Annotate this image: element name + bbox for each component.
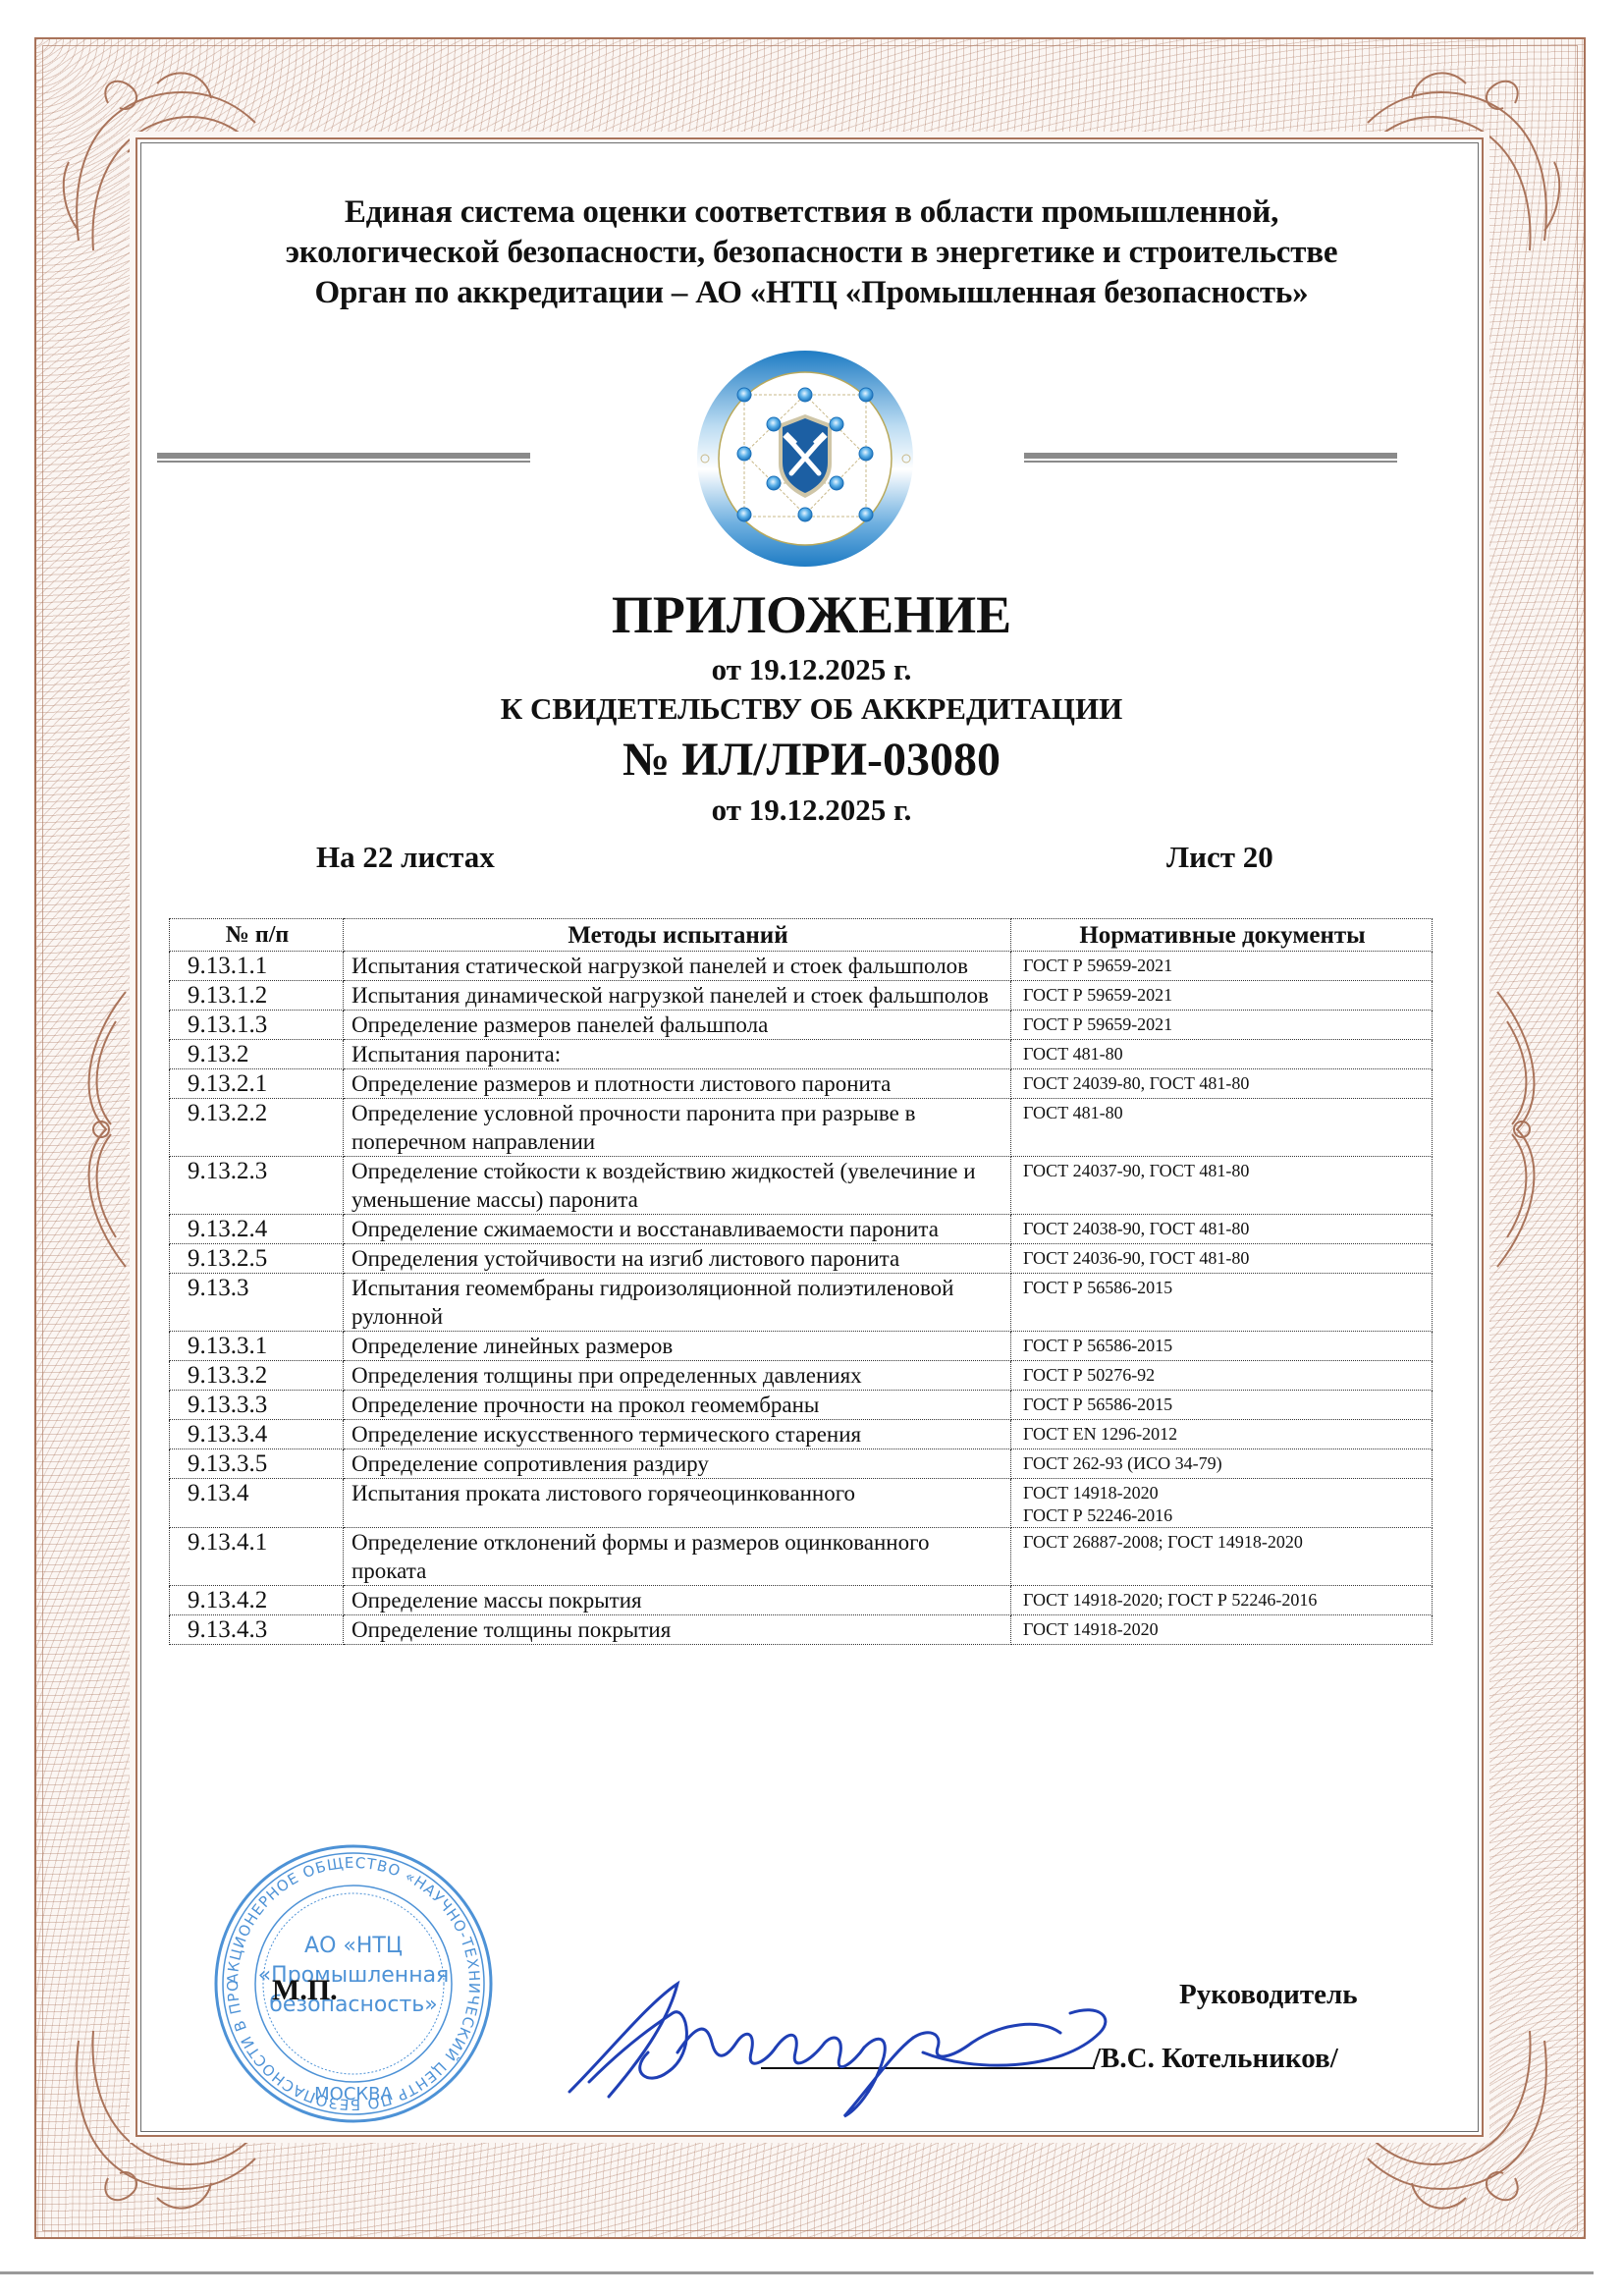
test-method: Определение стойкости к воздействию жидк…: [344, 1157, 1011, 1215]
normative-document: ГОСТ Р 59659-2021: [1023, 1013, 1426, 1036]
normative-documents: ГОСТ Р 50276-92: [1011, 1361, 1433, 1391]
test-methods-table: № п/п Методы испытаний Нормативные докум…: [169, 918, 1433, 1645]
test-method: Определение размеров панелей фальшпола: [344, 1011, 1011, 1040]
row-number: 9.13.2.4: [170, 1215, 344, 1244]
column-header-documents: Нормативные документы: [1011, 919, 1433, 952]
normative-document: ГОСТ Р 59659-2021: [1023, 984, 1426, 1007]
normative-document: ГОСТ 26887-2008; ГОСТ 14918-2020: [1023, 1531, 1426, 1554]
document-title: ПРИЛОЖЕНИЕ: [0, 583, 1623, 646]
row-number: 9.13.2.3: [170, 1157, 344, 1215]
table-row: 9.13.3.4Определение искусственного терми…: [170, 1420, 1433, 1449]
test-method: Определение линейных размеров: [344, 1332, 1011, 1361]
table-row: 9.13.3Испытания геомембраны гидроизоляци…: [170, 1274, 1433, 1332]
row-number: 9.13.2.1: [170, 1069, 344, 1099]
normative-document: ГОСТ 481-80: [1023, 1102, 1426, 1124]
row-number: 9.13.2: [170, 1040, 344, 1069]
row-number: 9.13.3.3: [170, 1391, 344, 1420]
test-method: Определения толщины при определенных дав…: [344, 1361, 1011, 1391]
signer-role: Руководитель: [1179, 1979, 1358, 2011]
row-number: 9.13.4: [170, 1479, 344, 1528]
row-number: 9.13.1.3: [170, 1011, 344, 1040]
row-number: 9.13.4.1: [170, 1528, 344, 1586]
header-line: Единая система оценки соответствия в обл…: [0, 192, 1623, 233]
emblem-logo-icon: [677, 346, 933, 576]
column-header-method: Методы испытаний: [344, 919, 1011, 952]
normative-document: ГОСТ 14918-2020: [1023, 1482, 1426, 1504]
normative-documents: ГОСТ Р 59659-2021: [1011, 1011, 1433, 1040]
table-row: 9.13.2.5Определения устойчивости на изги…: [170, 1244, 1433, 1274]
table-row: 9.13.2.3Определение стойкости к воздейст…: [170, 1157, 1433, 1215]
test-method: Испытания статической нагрузкой панелей …: [344, 952, 1011, 981]
test-method: Определения устойчивости на изгиб листов…: [344, 1244, 1011, 1274]
table-row: 9.13.1.2Испытания динамической нагрузкой…: [170, 981, 1433, 1011]
normative-documents: ГОСТ 26887-2008; ГОСТ 14918-2020: [1011, 1528, 1433, 1586]
handwritten-signature-icon: [550, 1964, 1139, 2121]
appendix-date: от 19.12.2025 г.: [0, 651, 1623, 688]
normative-documents: ГОСТ 24037-90, ГОСТ 481-80: [1011, 1157, 1433, 1215]
organization-seal-stamp: АКЦИОНЕРНОЕ ОБЩЕСТВО «НАУЧНО-ТЕХНИЧЕСКИЙ…: [206, 1836, 501, 2131]
normative-documents: ГОСТ 24038-90, ГОСТ 481-80: [1011, 1215, 1433, 1244]
test-method: Определение массы покрытия: [344, 1586, 1011, 1615]
table-row: 9.13.3.3Определение прочности на прокол …: [170, 1391, 1433, 1420]
table-row: 9.13.1.3Определение размеров панелей фал…: [170, 1011, 1433, 1040]
normative-documents: ГОСТ Р 56586-2015: [1011, 1391, 1433, 1420]
test-method: Испытания проката листового горячеоцинко…: [344, 1479, 1011, 1528]
test-method: Испытания геомембраны гидроизоляционной …: [344, 1274, 1011, 1332]
page-bottom-rule: [0, 2271, 1594, 2274]
row-number: 9.13.3.5: [170, 1449, 344, 1479]
test-method: Испытания паронита:: [344, 1040, 1011, 1069]
row-number: 9.13.4.2: [170, 1586, 344, 1615]
stamp-city: МОСКВА: [314, 2084, 393, 2105]
table-row: 9.13.4.1Определение отклонений формы и р…: [170, 1528, 1433, 1586]
normative-documents: ГОСТ 481-80: [1011, 1099, 1433, 1157]
row-number: 9.13.2.5: [170, 1244, 344, 1274]
table-row: 9.13.2.2Определение условной прочности п…: [170, 1099, 1433, 1157]
normative-documents: ГОСТ Р 59659-2021: [1011, 952, 1433, 981]
certificate-date: от 19.12.2025 г.: [0, 792, 1623, 829]
table-row: 9.13.3.2Определения толщины при определе…: [170, 1361, 1433, 1391]
test-method: Определение сжимаемости и восстанавливае…: [344, 1215, 1011, 1244]
divider-line: [1024, 453, 1397, 463]
normative-document: ГОСТ 24038-90, ГОСТ 481-80: [1023, 1218, 1426, 1240]
certificate-number: № ИЛ/ЛРИ-03080: [0, 733, 1623, 788]
test-method: Определение искусственного термического …: [344, 1420, 1011, 1449]
normative-document: ГОСТ 481-80: [1023, 1043, 1426, 1066]
table-row: 9.13.4.2Определение массы покрытияГОСТ 1…: [170, 1586, 1433, 1615]
normative-documents: ГОСТ EN 1296-2012: [1011, 1420, 1433, 1449]
row-number: 9.13.3: [170, 1274, 344, 1332]
normative-document: ГОСТ Р 56586-2015: [1023, 1335, 1426, 1357]
normative-documents: ГОСТ 14918-2020; ГОСТ Р 52246-2016: [1011, 1586, 1433, 1615]
test-method: Определение размеров и плотности листово…: [344, 1069, 1011, 1099]
normative-documents: ГОСТ Р 59659-2021: [1011, 981, 1433, 1011]
test-method: Определение условной прочности паронита …: [344, 1099, 1011, 1157]
normative-documents: ГОСТ 14918-2020ГОСТ Р 52246-2016: [1011, 1479, 1433, 1528]
issuer-header: Единая система оценки соответствия в обл…: [0, 192, 1623, 313]
normative-document: ГОСТ EN 1296-2012: [1023, 1423, 1426, 1446]
table-row: 9.13.3.5Определение сопротивления раздир…: [170, 1449, 1433, 1479]
sheet-number: Лист 20: [1166, 840, 1273, 875]
row-number: 9.13.3.2: [170, 1361, 344, 1391]
normative-document: ГОСТ Р 56586-2015: [1023, 1394, 1426, 1416]
row-number: 9.13.4.3: [170, 1615, 344, 1645]
normative-documents: ГОСТ 262-93 (ИСО 34-79): [1011, 1449, 1433, 1479]
divider-line: [157, 453, 530, 463]
normative-documents: ГОСТ Р 56586-2015: [1011, 1274, 1433, 1332]
normative-documents: ГОСТ 481-80: [1011, 1040, 1433, 1069]
normative-document: ГОСТ 14918-2020: [1023, 1618, 1426, 1641]
table-row: 9.13.1.1Испытания статической нагрузкой …: [170, 952, 1433, 981]
normative-document: ГОСТ 24036-90, ГОСТ 481-80: [1023, 1247, 1426, 1270]
seal-label: М.П.: [272, 1974, 338, 2007]
normative-document: ГОСТ 14918-2020; ГОСТ Р 52246-2016: [1023, 1589, 1426, 1612]
test-method: Определение прочности на прокол геомембр…: [344, 1391, 1011, 1420]
normative-document: ГОСТ 24039-80, ГОСТ 481-80: [1023, 1072, 1426, 1095]
test-method: Определение сопротивления раздиру: [344, 1449, 1011, 1479]
row-number: 9.13.1.1: [170, 952, 344, 981]
normative-document: ГОСТ Р 52246-2016: [1023, 1504, 1426, 1527]
normative-document: ГОСТ Р 50276-92: [1023, 1364, 1426, 1387]
row-number: 9.13.3.4: [170, 1420, 344, 1449]
table-header-row: № п/п Методы испытаний Нормативные докум…: [170, 919, 1433, 952]
test-method: Определение толщины покрытия: [344, 1615, 1011, 1645]
normative-documents: ГОСТ Р 56586-2015: [1011, 1332, 1433, 1361]
normative-document: ГОСТ 262-93 (ИСО 34-79): [1023, 1452, 1426, 1475]
header-line: экологической безопасности, безопасности…: [0, 233, 1623, 273]
normative-documents: ГОСТ 14918-2020: [1011, 1615, 1433, 1645]
table-row: 9.13.2Испытания паронита:ГОСТ 481-80: [170, 1040, 1433, 1069]
row-number: 9.13.1.2: [170, 981, 344, 1011]
row-number: 9.13.2.2: [170, 1099, 344, 1157]
column-header-number: № п/п: [170, 919, 344, 952]
sheets-total: На 22 листах: [316, 840, 495, 875]
normative-documents: ГОСТ 24039-80, ГОСТ 481-80: [1011, 1069, 1433, 1099]
header-line: Орган по аккредитации – АО «НТЦ «Промышл…: [0, 273, 1623, 313]
certificate-heading: К СВИДЕТЕЛЬСТВУ ОБ АККРЕДИТАЦИИ: [0, 690, 1623, 728]
normative-document: ГОСТ Р 59659-2021: [1023, 955, 1426, 977]
table-row: 9.13.2.1Определение размеров и плотности…: [170, 1069, 1433, 1099]
normative-document: ГОСТ Р 56586-2015: [1023, 1277, 1426, 1299]
normative-document: ГОСТ 24037-90, ГОСТ 481-80: [1023, 1160, 1426, 1182]
table-row: 9.13.2.4Определение сжимаемости и восста…: [170, 1215, 1433, 1244]
stamp-center-line: АО «НТЦ: [304, 1934, 403, 1958]
table-row: 9.13.3.1Определение линейных размеровГОС…: [170, 1332, 1433, 1361]
table-row: 9.13.4.3Определение толщины покрытияГОСТ…: [170, 1615, 1433, 1645]
normative-documents: ГОСТ 24036-90, ГОСТ 481-80: [1011, 1244, 1433, 1274]
test-method: Определение отклонений формы и размеров …: [344, 1528, 1011, 1586]
row-number: 9.13.3.1: [170, 1332, 344, 1361]
test-method: Испытания динамической нагрузкой панелей…: [344, 981, 1011, 1011]
table-row: 9.13.4Испытания проката листового горяче…: [170, 1479, 1433, 1528]
